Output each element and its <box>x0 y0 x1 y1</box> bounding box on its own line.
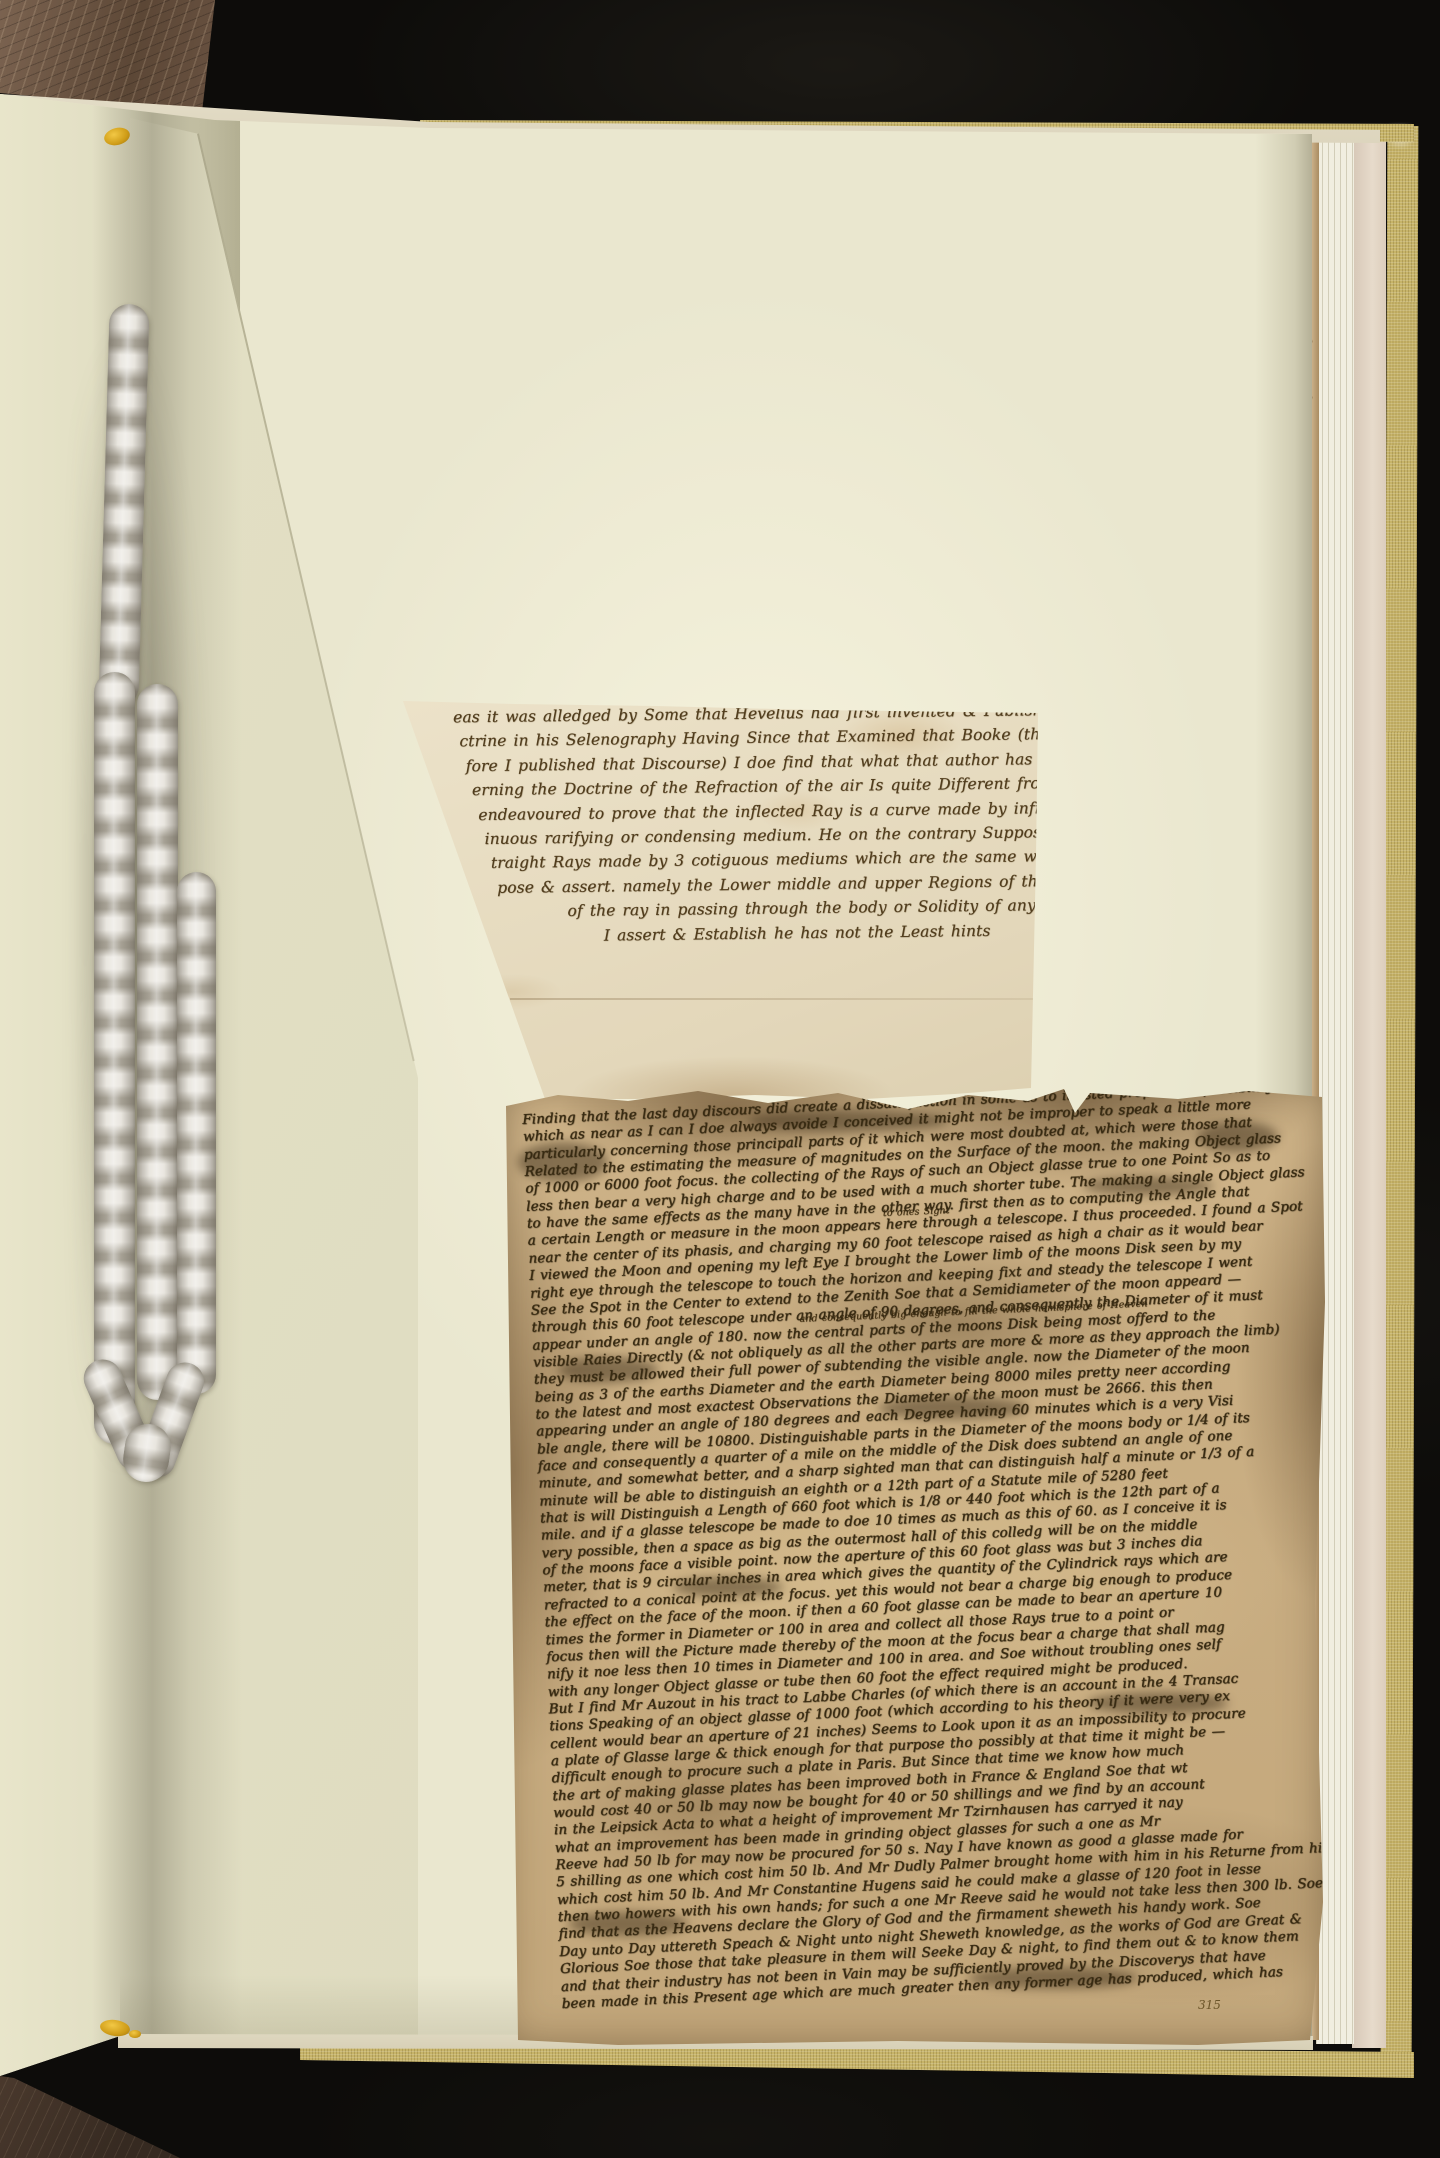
book-weight-cord-strand <box>177 872 216 1394</box>
folio-number: 315 <box>1198 1998 1221 2012</box>
wood-table-corner-bottom-left <box>0 2070 190 2158</box>
manuscript-line: traight Rays made by 3 cotiguous mediums… <box>491 847 1104 872</box>
manuscript-line: erning the Doctrine of the Refraction of… <box>472 774 1101 800</box>
lower-manuscript-page: to ones Sight and consequently big enoug… <box>498 1082 1330 2050</box>
manuscript-line: fore I published that Discourse) I doe f… <box>466 750 1082 776</box>
book-weight-cord-strand <box>137 684 178 1400</box>
book-weight-cord-strand <box>94 672 135 1444</box>
manuscript-line: pose & assert. namely the Lower middle a… <box>497 871 1102 896</box>
manuscript-line: inuous rarifying or condensing medium. H… <box>484 823 1098 849</box>
gilt-tuft-tail-small <box>129 2030 141 2038</box>
manuscript-line: ctrine in his Selenography Having Since … <box>459 726 1049 751</box>
manuscript-line: I assert & Establish he has not the Leas… <box>604 921 991 944</box>
endpaper-fore-edge <box>1352 132 1386 2048</box>
manuscript-line: endeavoured to prove that the inflected … <box>478 798 1126 824</box>
cover-cloth-right-edge <box>1381 126 1419 2054</box>
photograph-of-open-volume: { "scene": { "subject": "open archival v… <box>0 0 1440 2158</box>
page-fore-edges <box>1316 136 1354 2044</box>
manuscript-text: to ones Sight and consequently big enoug… <box>522 1077 1356 2031</box>
